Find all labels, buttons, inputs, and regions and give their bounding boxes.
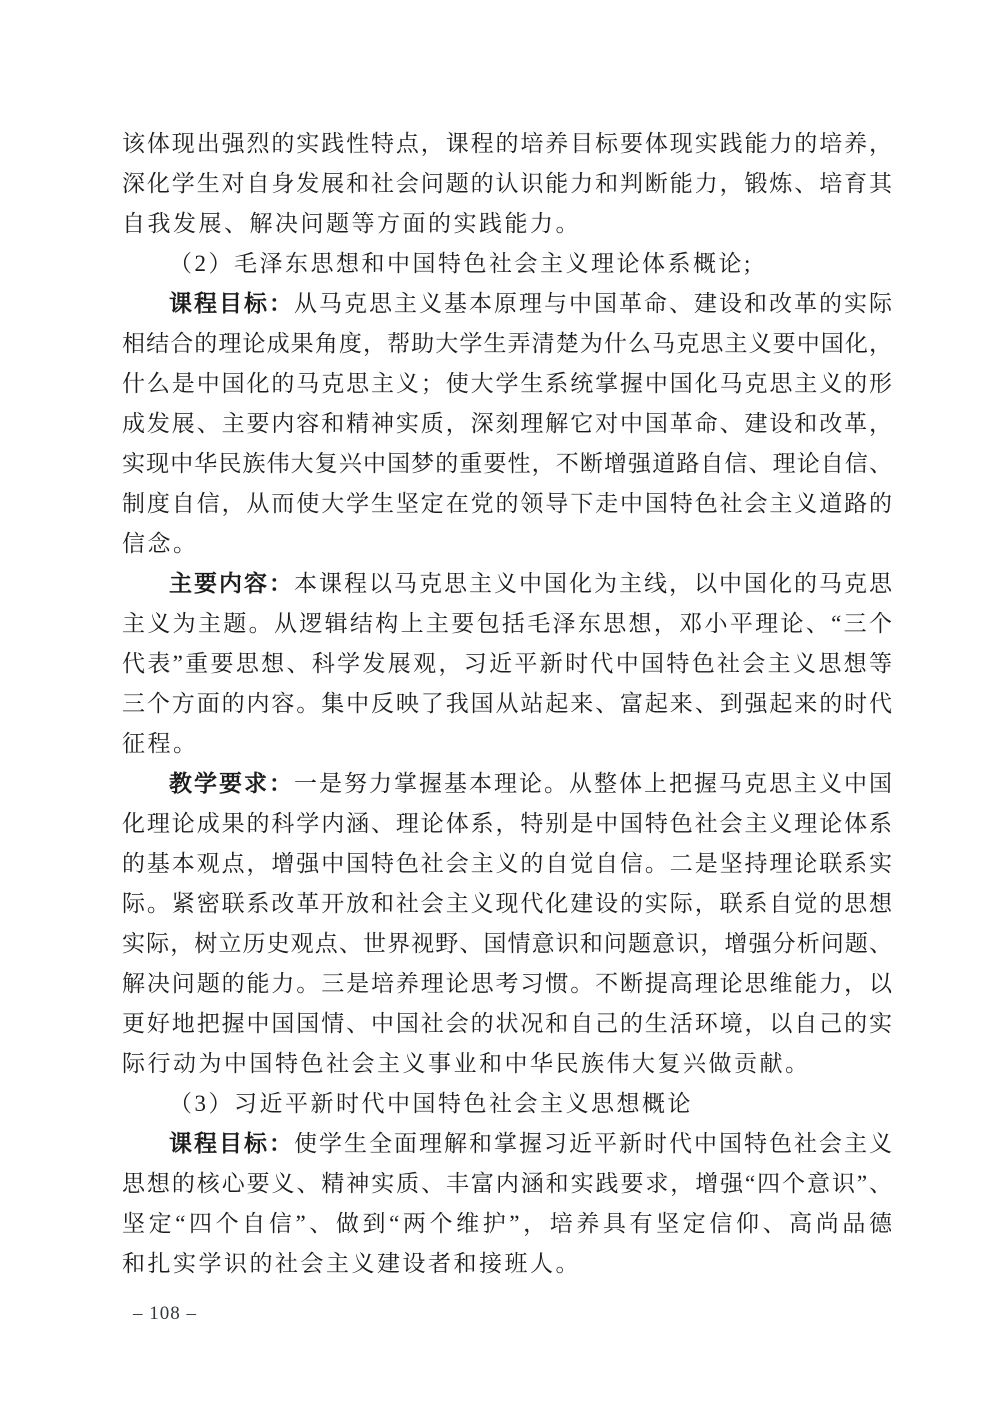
text-segment: 使学生全面理解和掌握习近平新时代中国特色社会主义: [294, 1131, 892, 1156]
text-line: 深化学生对自身发展和社会问题的认识能力和判断能力，锻炼、培育其: [122, 164, 892, 204]
page-number: – 108 –: [133, 1303, 197, 1325]
text-line: 课程目标：使学生全面理解和掌握习近平新时代中国特色社会主义: [122, 1124, 892, 1164]
text-line: 主义为主题。从逻辑结构上主要包括毛泽东思想，邓小平理论、“三个: [122, 604, 892, 644]
text-line: 实现中华民族伟大复兴中国梦的重要性，不断增强道路自信、理论自信、: [122, 444, 892, 484]
text-line: 该体现出强烈的实践性特点，课程的培养目标要体现实践能力的培养，: [122, 124, 892, 164]
text-line: 解决问题的能力。三是培养理论思考习惯。不断提高理论思维能力，以: [122, 964, 892, 1004]
text-segment: 实现中华民族伟大复兴中国梦的重要性，不断增强道路自信、理论自信、: [122, 451, 892, 476]
text-line: 课程目标：从马克思主义基本原理与中国革命、建设和改革的实际: [122, 284, 892, 324]
paragraph-label: 课程目标：: [169, 291, 294, 316]
text-segment: 更好地把握中国国情、中国社会的状况和自己的生活环境，以自己的实: [122, 1011, 892, 1036]
text-segment: 成发展、主要内容和精神实质，深刻理解它对中国革命、建设和改革，: [122, 411, 892, 436]
text-line: 更好地把握中国国情、中国社会的状况和自己的生活环境，以自己的实: [122, 1004, 892, 1044]
text-line: 和扎实学识的社会主义建设者和接班人。: [122, 1244, 892, 1284]
text-segment: 相结合的理论成果角度，帮助大学生弄清楚为什么马克思主义要中国化，: [122, 331, 892, 356]
text-segment: 主义为主题。从逻辑结构上主要包括毛泽东思想，邓小平理论、“三个: [122, 611, 892, 636]
text-line: 制度自信，从而使大学生坚定在党的领导下走中国特色社会主义道路的: [122, 484, 892, 524]
text-segment: 制度自信，从而使大学生坚定在党的领导下走中国特色社会主义道路的: [122, 491, 892, 516]
text-line: （2）毛泽东思想和中国特色社会主义理论体系概论;: [122, 244, 892, 284]
text-line: 成发展、主要内容和精神实质，深刻理解它对中国革命、建设和改革，: [122, 404, 892, 444]
text-line: 教学要求：一是努力掌握基本理论。从整体上把握马克思主义中国: [122, 764, 892, 804]
text-segment: 该体现出强烈的实践性特点，课程的培养目标要体现实践能力的培养，: [122, 131, 892, 156]
document-page: 该体现出强烈的实践性特点，课程的培养目标要体现实践能力的培养，深化学生对自身发展…: [0, 0, 1000, 1414]
text-segment: 征程。: [122, 731, 199, 756]
text-segment: 思想的核心要义、精神实质、丰富内涵和实践要求，增强“四个意识”、: [122, 1171, 892, 1196]
text-line: 主要内容：本课程以马克思主义中国化为主线，以中国化的马克思: [122, 564, 892, 604]
text-segment: 坚定“四个自信”、做到“两个维护”，培养具有坚定信仰、高尚品德: [122, 1211, 892, 1236]
text-line: 思想的核心要义、精神实质、丰富内涵和实践要求，增强“四个意识”、: [122, 1164, 892, 1204]
paragraph-label: 教学要求：: [169, 771, 294, 796]
text-line: 化理论成果的科学内涵、理论体系，特别是中国特色社会主义理论体系: [122, 804, 892, 844]
text-segment: 的基本观点，增强中国特色社会主义的自觉自信。二是坚持理论联系实: [122, 851, 892, 876]
text-segment: 实际，树立历史观点、世界视野、国情意识和问题意识，增强分析问题、: [122, 931, 892, 956]
text-segment: 和扎实学识的社会主义建设者和接班人。: [122, 1251, 581, 1276]
text-segment: （3）习近平新时代中国特色社会主义思想概论: [169, 1091, 693, 1116]
page-number-label: – 108 –: [133, 1303, 197, 1324]
text-segment: （2）毛泽东思想和中国特色社会主义理论体系概论;: [169, 251, 753, 276]
text-line: 信念。: [122, 524, 892, 564]
text-line: 相结合的理论成果角度，帮助大学生弄清楚为什么马克思主义要中国化，: [122, 324, 892, 364]
text-segment: 化理论成果的科学内涵、理论体系，特别是中国特色社会主义理论体系: [122, 811, 892, 836]
text-line: （3）习近平新时代中国特色社会主义思想概论: [122, 1084, 892, 1124]
text-line: 征程。: [122, 724, 892, 764]
text-segment: 深化学生对自身发展和社会问题的认识能力和判断能力，锻炼、培育其: [122, 171, 892, 196]
text-segment: 际行动为中国特色社会主义事业和中华民族伟大复兴做贡献。: [122, 1051, 811, 1076]
text-segment: 从马克思主义基本原理与中国革命、建设和改革的实际: [294, 291, 892, 316]
text-segment: 一是努力掌握基本理论。从整体上把握马克思主义中国: [294, 771, 892, 796]
text-segment: 三个方面的内容。集中反映了我国从站起来、富起来、到强起来的时代: [122, 691, 892, 716]
text-line: 际行动为中国特色社会主义事业和中华民族伟大复兴做贡献。: [122, 1044, 892, 1084]
document-body: 该体现出强烈的实践性特点，课程的培养目标要体现实践能力的培养，深化学生对自身发展…: [122, 124, 892, 1284]
text-line: 自我发展、解决问题等方面的实践能力。: [122, 204, 892, 244]
text-line: 什么是中国化的马克思主义；使大学生系统掌握中国化马克思主义的形: [122, 364, 892, 404]
text-segment: 自我发展、解决问题等方面的实践能力。: [122, 211, 581, 236]
text-line: 代表”重要思想、科学发展观，习近平新时代中国特色社会主义思想等: [122, 644, 892, 684]
paragraph-label: 课程目标：: [169, 1131, 294, 1156]
text-segment: 什么是中国化的马克思主义；使大学生系统掌握中国化马克思主义的形: [122, 371, 892, 396]
text-line: 的基本观点，增强中国特色社会主义的自觉自信。二是坚持理论联系实: [122, 844, 892, 884]
text-segment: 本课程以马克思主义中国化为主线，以中国化的马克思: [294, 571, 892, 596]
text-line: 实际，树立历史观点、世界视野、国情意识和问题意识，增强分析问题、: [122, 924, 892, 964]
text-segment: 信念。: [122, 531, 199, 556]
text-line: 三个方面的内容。集中反映了我国从站起来、富起来、到强起来的时代: [122, 684, 892, 724]
paragraph-label: 主要内容：: [169, 571, 294, 596]
text-line: 坚定“四个自信”、做到“两个维护”，培养具有坚定信仰、高尚品德: [122, 1204, 892, 1244]
text-segment: 际。紧密联系改革开放和社会主义现代化建设的实际，联系自觉的思想: [122, 891, 892, 916]
text-segment: 解决问题的能力。三是培养理论思考习惯。不断提高理论思维能力，以: [122, 971, 892, 996]
text-segment: 代表”重要思想、科学发展观，习近平新时代中国特色社会主义思想等: [122, 651, 892, 676]
text-line: 际。紧密联系改革开放和社会主义现代化建设的实际，联系自觉的思想: [122, 884, 892, 924]
